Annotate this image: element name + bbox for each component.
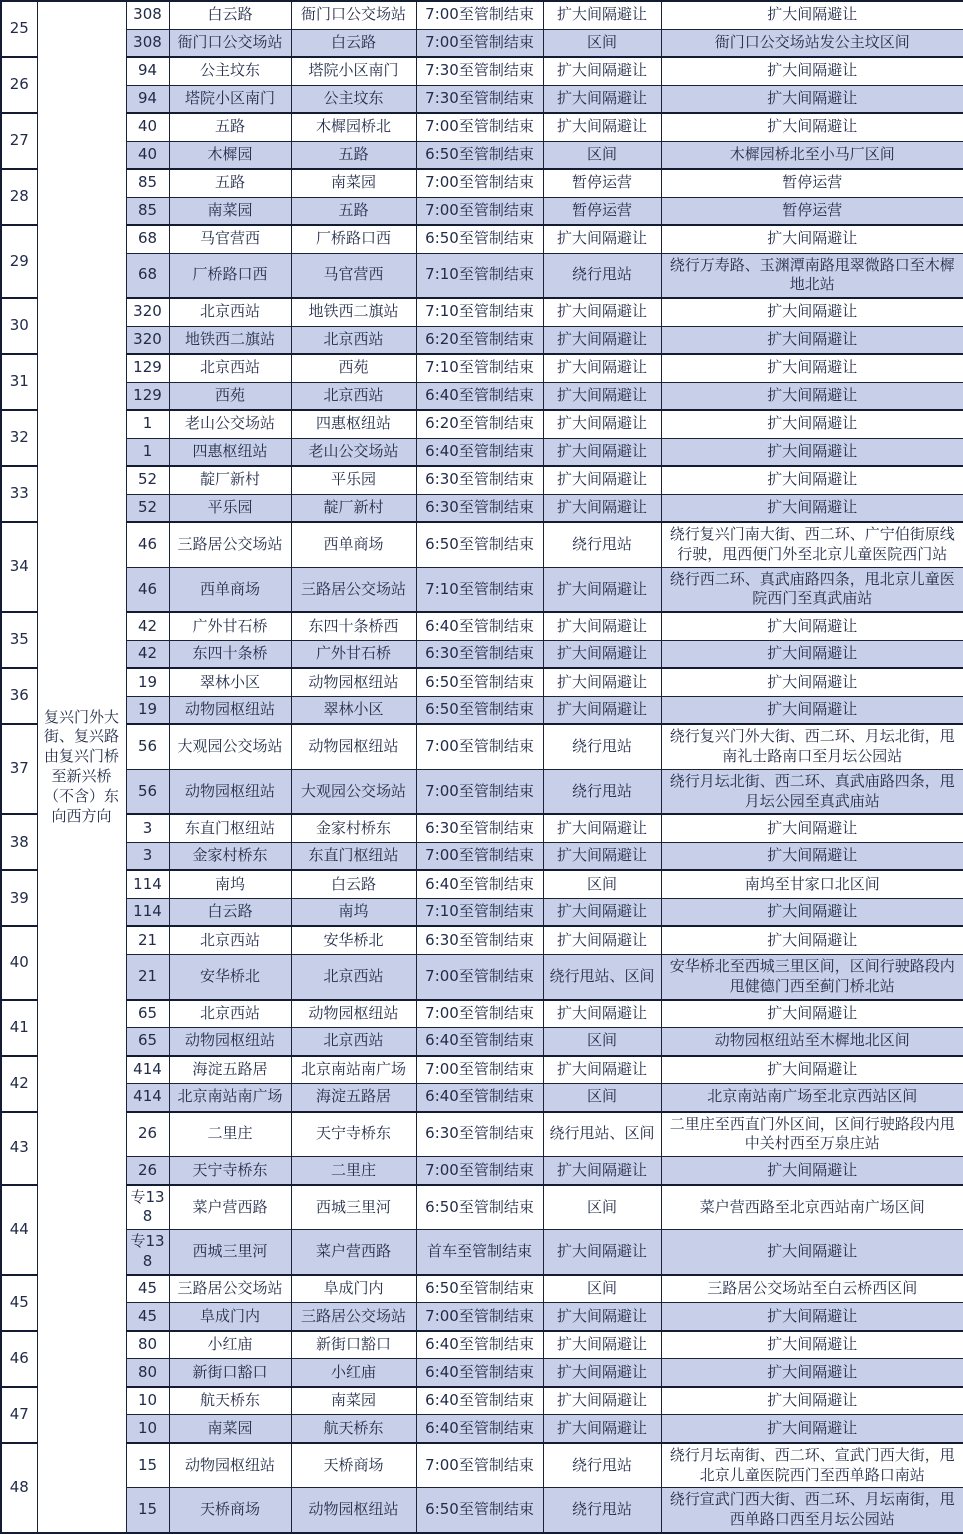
table-row: 10南菜园航天桥东6:40至管制结束扩大间隔避让扩大间隔避让 [1,1415,963,1443]
cell-control-time: 6:30至管制结束 [416,1112,543,1157]
cell-measure-type: 扩大间隔避让 [543,1230,661,1275]
cell-control-time: 6:40至管制结束 [416,438,543,466]
cell-destination-station: 南菜园 [291,1387,416,1415]
row-group-number: 26 [1,57,37,113]
cell-route-number: 26 [126,1112,169,1157]
table-row: 1四惠枢纽站老山公交场站6:40至管制结束扩大间隔避让扩大间隔避让 [1,438,963,466]
cell-measure-type: 区间 [543,29,661,57]
cell-measure-detail: 扩大间隔避让 [661,1157,963,1185]
row-group-number: 27 [1,113,37,169]
cell-destination-station: 五路 [291,197,416,225]
cell-control-time: 6:40至管制结束 [416,1415,543,1443]
cell-control-time: 7:00至管制结束 [416,954,543,999]
cell-measure-detail: 扩大间隔避让 [661,1359,963,1387]
cell-measure-type: 扩大间隔避让 [543,1415,661,1443]
cell-origin-station: 天宁寺桥东 [169,1157,291,1185]
cell-control-time: 7:10至管制结束 [416,898,543,926]
row-group-number: 34 [1,522,37,612]
cell-route-number: 80 [126,1331,169,1359]
table-row: 31129北京西站西苑7:10至管制结束扩大间隔避让扩大间隔避让 [1,354,963,382]
cell-destination-station: 白云路 [291,870,416,898]
table-row: 320地铁西二旗站北京西站6:20至管制结束扩大间隔避让扩大间隔避让 [1,326,963,354]
cell-control-time: 7:10至管制结束 [416,354,543,382]
cell-route-number: 40 [126,141,169,169]
table-row: 3金家村桥东东直门枢纽站7:00至管制结束扩大间隔避让扩大间隔避让 [1,842,963,870]
cell-route-number: 42 [126,612,169,640]
cell-destination-station: 三路居公交场站 [291,567,416,612]
cell-route-number: 1 [126,438,169,466]
cell-origin-station: 五路 [169,169,291,197]
cell-destination-station: 金家村桥东 [291,814,416,842]
table-row: 4815动物园枢纽站天桥商场7:00至管制结束绕行甩站绕行月坛南街、西二环、宣武… [1,1443,963,1488]
cell-measure-type: 扩大间隔避让 [543,85,661,113]
cell-measure-type: 扩大间隔避让 [543,225,661,253]
cell-control-time: 6:40至管制结束 [416,1028,543,1056]
cell-measure-detail: 暂停运营 [661,169,963,197]
cell-control-time: 6:50至管制结束 [416,1275,543,1303]
cell-destination-station: 衙门口公交场站 [291,1,416,29]
cell-destination-station: 靛厂新村 [291,494,416,522]
cell-measure-detail: 暂停运营 [661,197,963,225]
cell-destination-station: 公主坟东 [291,85,416,113]
cell-measure-detail: 绕行万寿路、玉渊潭南路甩翠微路口至木樨地北站 [661,253,963,298]
cell-route-number: 129 [126,382,169,410]
cell-route-number: 3 [126,842,169,870]
cell-destination-station: 二里庄 [291,1157,416,1185]
cell-measure-detail: 绕行月坛南街、西二环、宣武门西大街，甩北京儿童医院西门至西单路口南站 [661,1443,963,1488]
row-group-number: 35 [1,612,37,668]
row-group-number: 37 [1,724,37,814]
cell-route-number: 56 [126,769,169,814]
cell-measure-detail: 绕行复兴门外大街、西二环、月坛北街，甩南礼士路南口至月坛公园站 [661,724,963,769]
table-row: 39114南坞白云路6:40至管制结束区间南坞至甘家口北区间 [1,870,963,898]
cell-destination-station: 三路居公交场站 [291,1303,416,1331]
cell-route-number: 3 [126,814,169,842]
cell-route-number: 45 [126,1303,169,1331]
cell-control-time: 7:00至管制结束 [416,724,543,769]
bus-adjustment-table: 25复兴门外大街、复兴路由复兴门桥至新兴桥（不含）东向西方向308白云路衙门口公… [0,0,963,1534]
cell-control-time: 6:30至管制结束 [416,926,543,954]
cell-destination-station: 翠林小区 [291,696,416,724]
cell-control-time: 6:50至管制结束 [416,668,543,696]
cell-measure-detail: 扩大间隔避让 [661,612,963,640]
cell-origin-station: 五路 [169,113,291,141]
row-group-number: 48 [1,1443,37,1533]
table-row: 26天宁寺桥东二里庄7:00至管制结束扩大间隔避让扩大间隔避让 [1,1157,963,1185]
cell-control-time: 7:00至管制结束 [416,113,543,141]
cell-origin-station: 动物园枢纽站 [169,1028,291,1056]
cell-measure-type: 扩大间隔避让 [543,1000,661,1028]
cell-measure-type: 扩大间隔避让 [543,842,661,870]
row-group-number: 44 [1,1185,37,1275]
cell-destination-station: 北京西站 [291,326,416,354]
table-row: 414北京南站南广场海淀五路居6:40至管制结束区间北京南站南广场至北京西站区间 [1,1084,963,1112]
cell-origin-station: 金家村桥东 [169,842,291,870]
cell-origin-station: 衙门口公交场站 [169,29,291,57]
table-row: 25复兴门外大街、复兴路由复兴门桥至新兴桥（不含）东向西方向308白云路衙门口公… [1,1,963,29]
table-row: 94塔院小区南门公主坟东7:30至管制结束扩大间隔避让扩大间隔避让 [1,85,963,113]
cell-measure-detail: 扩大间隔避让 [661,225,963,253]
cell-control-time: 6:50至管制结束 [416,141,543,169]
cell-destination-station: 木樨园桥北 [291,113,416,141]
cell-control-time: 6:30至管制结束 [416,494,543,522]
cell-measure-type: 区间 [543,1275,661,1303]
cell-route-number: 40 [126,113,169,141]
cell-measure-type: 区间 [543,1185,661,1230]
cell-destination-station: 海淀五路居 [291,1084,416,1112]
cell-control-time: 7:00至管制结束 [416,1056,543,1084]
cell-route-number: 114 [126,870,169,898]
cell-origin-station: 阜成门内 [169,1303,291,1331]
cell-origin-station: 白云路 [169,898,291,926]
table-row: 52平乐园靛厂新村6:30至管制结束扩大间隔避让扩大间隔避让 [1,494,963,522]
cell-destination-station: 五路 [291,141,416,169]
cell-destination-station: 西城三里河 [291,1185,416,1230]
cell-origin-station: 南坞 [169,870,291,898]
cell-measure-detail: 扩大间隔避让 [661,1415,963,1443]
cell-measure-type: 区间 [543,1028,661,1056]
cell-origin-station: 北京西站 [169,1000,291,1028]
cell-measure-type: 暂停运营 [543,169,661,197]
cell-measure-detail: 扩大间隔避让 [661,438,963,466]
table-row: 专138西城三里河菜户营西路首车至管制结束扩大间隔避让扩大间隔避让 [1,1230,963,1275]
cell-route-number: 52 [126,466,169,494]
table-row: 321老山公交场站四惠枢纽站6:20至管制结束扩大间隔避让扩大间隔避让 [1,410,963,438]
cell-measure-detail: 扩大间隔避让 [661,640,963,668]
cell-destination-station: 新街口豁口 [291,1331,416,1359]
cell-control-time: 7:10至管制结束 [416,253,543,298]
table-row: 2740五路木樨园桥北7:00至管制结束扩大间隔避让扩大间隔避让 [1,113,963,141]
cell-origin-station: 西城三里河 [169,1230,291,1275]
cell-measure-detail: 动物园枢纽站至木樨地北区间 [661,1028,963,1056]
cell-measure-type: 绕行甩站 [543,253,661,298]
cell-origin-station: 大观园公交场站 [169,724,291,769]
table-row: 308衙门口公交场站白云路7:00至管制结束区间衙门口公交场站发公主坟区间 [1,29,963,57]
cell-origin-station: 西苑 [169,382,291,410]
table-row: 3352靛厂新村平乐园6:30至管制结束扩大间隔避让扩大间隔避让 [1,466,963,494]
cell-measure-detail: 绕行月坛北街、西二环、真武庙路四条，甩月坛公园至真武庙站 [661,769,963,814]
cell-control-time: 6:40至管制结束 [416,1331,543,1359]
row-group-number: 32 [1,410,37,466]
cell-route-number: 308 [126,1,169,29]
cell-route-number: 85 [126,197,169,225]
cell-route-number: 68 [126,253,169,298]
cell-route-number: 26 [126,1157,169,1185]
cell-measure-detail: 扩大间隔避让 [661,410,963,438]
cell-measure-type: 绕行甩站、区间 [543,1112,661,1157]
cell-origin-station: 公主坟东 [169,57,291,85]
table-body: 25复兴门外大街、复兴路由复兴门桥至新兴桥（不含）东向西方向308白云路衙门口公… [1,1,963,1533]
cell-measure-type: 扩大间隔避让 [543,1056,661,1084]
table-row: 383东直门枢纽站金家村桥东6:30至管制结束扩大间隔避让扩大间隔避让 [1,814,963,842]
cell-origin-station: 翠林小区 [169,668,291,696]
cell-measure-type: 扩大间隔避让 [543,1387,661,1415]
row-group-number: 43 [1,1112,37,1185]
row-group-number: 31 [1,354,37,410]
cell-measure-type: 扩大间隔避让 [543,326,661,354]
cell-origin-station: 厂桥路口西 [169,253,291,298]
cell-origin-station: 北京西站 [169,926,291,954]
row-group-number: 33 [1,466,37,522]
cell-measure-type: 绕行甩站 [543,1443,661,1488]
row-group-number: 30 [1,298,37,354]
cell-control-time: 7:00至管制结束 [416,1,543,29]
cell-destination-station: 天宁寺桥东 [291,1112,416,1157]
table-row: 2968马官营西厂桥路口西6:50至管制结束扩大间隔避让扩大间隔避让 [1,225,963,253]
cell-control-time: 6:40至管制结束 [416,1359,543,1387]
cell-destination-station: 动物园枢纽站 [291,668,416,696]
table-row: 65动物园枢纽站北京西站6:40至管制结束区间动物园枢纽站至木樨地北区间 [1,1028,963,1056]
cell-route-number: 42 [126,640,169,668]
cell-control-time: 7:00至管制结束 [416,197,543,225]
table-row: 114白云路南坞7:10至管制结束扩大间隔避让扩大间隔避让 [1,898,963,926]
cell-destination-station: 马官营西 [291,253,416,298]
cell-route-number: 10 [126,1387,169,1415]
cell-control-time: 6:40至管制结束 [416,870,543,898]
cell-measure-detail: 扩大间隔避让 [661,1387,963,1415]
cell-measure-detail: 安华桥北至西城三里区间，区间行驶路段内甩健德门西至蓟门桥北站 [661,954,963,999]
cell-measure-type: 扩大间隔避让 [543,354,661,382]
cell-destination-station: 老山公交场站 [291,438,416,466]
cell-destination-station: 北京南站南广场 [291,1056,416,1084]
cell-route-number: 46 [126,522,169,567]
cell-measure-type: 扩大间隔避让 [543,1,661,29]
cell-measure-detail: 绕行西二环、真武庙路四条，甩北京儿童医院西门至真武庙站 [661,567,963,612]
cell-control-time: 6:50至管制结束 [416,1488,543,1533]
cell-destination-station: 南坞 [291,898,416,926]
cell-measure-detail: 扩大间隔避让 [661,85,963,113]
cell-destination-station: 南菜园 [291,169,416,197]
cell-measure-type: 扩大间隔避让 [543,1331,661,1359]
cell-route-number: 1 [126,410,169,438]
table-row: 21安华桥北北京西站7:00至管制结束绕行甩站、区间安华桥北至西城三里区间，区间… [1,954,963,999]
cell-control-time: 7:00至管制结束 [416,169,543,197]
table-row: 129西苑北京西站6:40至管制结束扩大间隔避让扩大间隔避让 [1,382,963,410]
cell-route-number: 94 [126,85,169,113]
table-row: 56动物园枢纽站大观园公交场站7:00至管制结束绕行甩站绕行月坛北街、西二环、真… [1,769,963,814]
cell-route-number: 129 [126,354,169,382]
cell-measure-detail: 北京南站南广场至北京西站区间 [661,1084,963,1112]
table-row: 68厂桥路口西马官营西7:10至管制结束绕行甩站绕行万寿路、玉渊潭南路甩翠微路口… [1,253,963,298]
cell-measure-detail: 扩大间隔避让 [661,113,963,141]
row-group-number: 45 [1,1275,37,1331]
cell-origin-station: 动物园枢纽站 [169,1443,291,1488]
cell-measure-type: 扩大间隔避让 [543,382,661,410]
cell-origin-station: 新街口豁口 [169,1359,291,1387]
row-group-number: 29 [1,225,37,298]
cell-measure-type: 区间 [543,1084,661,1112]
row-group-number: 39 [1,870,37,926]
table-row: 80新街口豁口小红庙6:40至管制结束扩大间隔避让扩大间隔避让 [1,1359,963,1387]
cell-measure-detail: 扩大间隔避让 [661,898,963,926]
table-row: 3542广外甘石桥东四十条桥西6:40至管制结束扩大间隔避让扩大间隔避让 [1,612,963,640]
cell-route-number: 85 [126,169,169,197]
cell-route-number: 10 [126,1415,169,1443]
cell-origin-station: 海淀五路居 [169,1056,291,1084]
cell-measure-type: 扩大间隔避让 [543,113,661,141]
table-row: 3446三路居公交场站西单商场6:50至管制结束绕行甩站绕行复兴门南大街、西二环… [1,522,963,567]
cell-control-time: 6:40至管制结束 [416,1387,543,1415]
cell-destination-station: 阜成门内 [291,1275,416,1303]
table-row: 4680小红庙新街口豁口6:40至管制结束扩大间隔避让扩大间隔避让 [1,1331,963,1359]
cell-measure-detail: 扩大间隔避让 [661,842,963,870]
cell-route-number: 19 [126,668,169,696]
cell-origin-station: 三路居公交场站 [169,522,291,567]
cell-control-time: 6:30至管制结束 [416,466,543,494]
cell-origin-station: 北京西站 [169,298,291,326]
cell-origin-station: 三路居公交场站 [169,1275,291,1303]
cell-measure-type: 扩大间隔避让 [543,410,661,438]
cell-measure-type: 扩大间隔避让 [543,612,661,640]
cell-measure-type: 扩大间隔避让 [543,57,661,85]
cell-measure-type: 扩大间隔避让 [543,640,661,668]
table-row: 44专138菜户营西路西城三里河6:50至管制结束区间菜户营西路至北京西站南广场… [1,1185,963,1230]
cell-measure-type: 扩大间隔避让 [543,1157,661,1185]
cell-control-time: 6:50至管制结束 [416,225,543,253]
cell-control-time: 7:00至管制结束 [416,1443,543,1488]
cell-origin-station: 地铁西二旗站 [169,326,291,354]
cell-destination-station: 四惠枢纽站 [291,410,416,438]
cell-measure-type: 绕行甩站 [543,522,661,567]
cell-route-number: 52 [126,494,169,522]
table-row: 2885五路南菜园7:00至管制结束暂停运营暂停运营 [1,169,963,197]
cell-measure-detail: 扩大间隔避让 [661,298,963,326]
cell-measure-detail: 绕行复兴门南大街、西二环、广宁伯街原线行驶，甩西便门外至北京儿童医院西门站 [661,522,963,567]
cell-measure-detail: 菜户营西路至北京西站南广场区间 [661,1185,963,1230]
cell-origin-station: 菜户营西路 [169,1185,291,1230]
cell-measure-detail: 扩大间隔避让 [661,814,963,842]
cell-route-number: 114 [126,898,169,926]
cell-measure-type: 扩大间隔避让 [543,696,661,724]
cell-origin-station: 东四十条桥 [169,640,291,668]
table-row: 40木樨园五路6:50至管制结束区间木樨园桥北至小马厂区间 [1,141,963,169]
cell-route-number: 15 [126,1488,169,1533]
cell-control-time: 6:40至管制结束 [416,612,543,640]
cell-control-time: 7:10至管制结束 [416,298,543,326]
cell-origin-station: 航天桥东 [169,1387,291,1415]
cell-destination-station: 广外甘石桥 [291,640,416,668]
cell-measure-detail: 扩大间隔避让 [661,466,963,494]
cell-measure-detail: 扩大间隔避让 [661,1,963,29]
cell-measure-detail: 三路居公交场站至白云桥西区间 [661,1275,963,1303]
table-row: 4545三路居公交场站阜成门内6:50至管制结束区间三路居公交场站至白云桥西区间 [1,1275,963,1303]
cell-measure-detail: 扩大间隔避让 [661,57,963,85]
cell-control-time: 7:00至管制结束 [416,769,543,814]
cell-measure-type: 扩大间隔避让 [543,438,661,466]
cell-origin-station: 马官营西 [169,225,291,253]
cell-measure-detail: 扩大间隔避让 [661,354,963,382]
row-group-number: 36 [1,668,37,724]
corridor-description-cell: 复兴门外大街、复兴路由复兴门桥至新兴桥（不含）东向西方向 [37,1,126,1533]
cell-destination-station: 地铁西二旗站 [291,298,416,326]
cell-measure-detail: 二里庄至西直门外区间，区间行驶路段内甩中关村西至万泉庄站 [661,1112,963,1157]
cell-control-time: 7:00至管制结束 [416,1157,543,1185]
cell-measure-type: 绕行甩站 [543,724,661,769]
cell-measure-type: 扩大间隔避让 [543,926,661,954]
cell-route-number: 65 [126,1000,169,1028]
cell-route-number: 专138 [126,1185,169,1230]
cell-origin-station: 安华桥北 [169,954,291,999]
table-row: 42414海淀五路居北京南站南广场7:00至管制结束扩大间隔避让扩大间隔避让 [1,1056,963,1084]
cell-destination-station: 动物园枢纽站 [291,724,416,769]
cell-destination-station: 塔院小区南门 [291,57,416,85]
cell-measure-detail: 扩大间隔避让 [661,382,963,410]
cell-origin-station: 二里庄 [169,1112,291,1157]
cell-destination-station: 动物园枢纽站 [291,1488,416,1533]
cell-destination-station: 航天桥东 [291,1415,416,1443]
cell-measure-detail: 扩大间隔避让 [661,326,963,354]
cell-measure-detail: 扩大间隔避让 [661,1303,963,1331]
table-row: 3756大观园公交场站动物园枢纽站7:00至管制结束绕行甩站绕行复兴门外大街、西… [1,724,963,769]
cell-origin-station: 北京西站 [169,354,291,382]
cell-route-number: 46 [126,567,169,612]
cell-route-number: 21 [126,954,169,999]
cell-control-time: 6:20至管制结束 [416,410,543,438]
cell-measure-type: 绕行甩站 [543,1488,661,1533]
cell-measure-detail: 衙门口公交场站发公主坟区间 [661,29,963,57]
table-row: 4165北京西站动物园枢纽站7:00至管制结束扩大间隔避让扩大间隔避让 [1,1000,963,1028]
cell-route-number: 15 [126,1443,169,1488]
cell-route-number: 320 [126,326,169,354]
cell-measure-type: 扩大间隔避让 [543,567,661,612]
table-row: 3619翠林小区动物园枢纽站6:50至管制结束扩大间隔避让扩大间隔避让 [1,668,963,696]
cell-measure-type: 扩大间隔避让 [543,668,661,696]
cell-origin-station: 白云路 [169,1,291,29]
cell-measure-type: 区间 [543,141,661,169]
cell-origin-station: 塔院小区南门 [169,85,291,113]
cell-control-time: 7:10至管制结束 [416,567,543,612]
cell-destination-station: 大观园公交场站 [291,769,416,814]
cell-control-time: 7:30至管制结束 [416,85,543,113]
cell-destination-station: 厂桥路口西 [291,225,416,253]
cell-measure-detail: 绕行宣武门西大街、西二环、月坛南街，甩西单路口西至月坛公园站 [661,1488,963,1533]
row-group-number: 42 [1,1056,37,1112]
cell-control-time: 6:50至管制结束 [416,696,543,724]
cell-measure-detail: 扩大间隔避让 [661,494,963,522]
cell-destination-station: 北京西站 [291,382,416,410]
cell-control-time: 6:40至管制结束 [416,382,543,410]
table-row: 30320北京西站地铁西二旗站7:10至管制结束扩大间隔避让扩大间隔避让 [1,298,963,326]
cell-control-time: 6:30至管制结束 [416,814,543,842]
cell-route-number: 21 [126,926,169,954]
cell-control-time: 6:50至管制结束 [416,1185,543,1230]
cell-origin-station: 木樨园 [169,141,291,169]
cell-control-time: 6:50至管制结束 [416,522,543,567]
cell-control-time: 7:30至管制结束 [416,57,543,85]
cell-route-number: 65 [126,1028,169,1056]
table-row: 85南菜园五路7:00至管制结束暂停运营暂停运营 [1,197,963,225]
cell-route-number: 68 [126,225,169,253]
table-row: 19动物园枢纽站翠林小区6:50至管制结束扩大间隔避让扩大间隔避让 [1,696,963,724]
table-row: 4710航天桥东南菜园6:40至管制结束扩大间隔避让扩大间隔避让 [1,1387,963,1415]
cell-control-time: 6:20至管制结束 [416,326,543,354]
cell-destination-station: 白云路 [291,29,416,57]
cell-destination-station: 北京西站 [291,1028,416,1056]
cell-origin-station: 西单商场 [169,567,291,612]
cell-measure-type: 扩大间隔避让 [543,494,661,522]
cell-measure-type: 扩大间隔避让 [543,1303,661,1331]
cell-origin-station: 天桥商场 [169,1488,291,1533]
cell-control-time: 6:30至管制结束 [416,640,543,668]
row-group-number: 40 [1,926,37,999]
row-group-number: 28 [1,169,37,225]
cell-control-time: 7:00至管制结束 [416,1303,543,1331]
cell-destination-station: 小红庙 [291,1359,416,1387]
cell-route-number: 94 [126,57,169,85]
cell-origin-station: 动物园枢纽站 [169,696,291,724]
cell-destination-station: 东四十条桥西 [291,612,416,640]
cell-measure-type: 绕行甩站 [543,769,661,814]
